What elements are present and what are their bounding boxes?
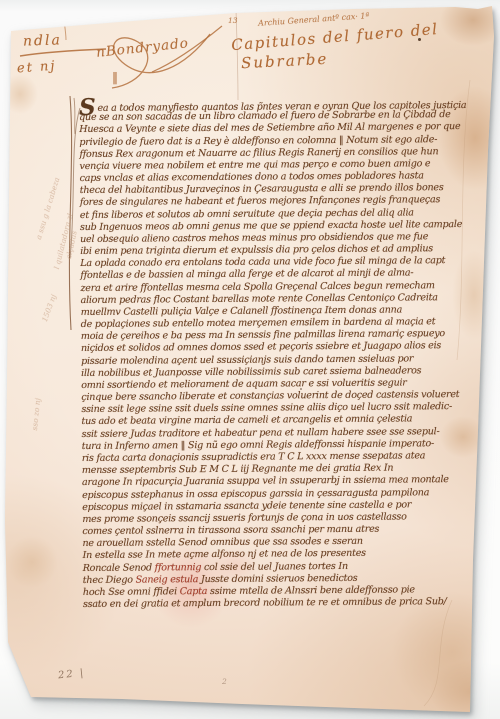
corner-note-ndla: ndla (23, 32, 62, 49)
title-line-2: Subrarbe (241, 50, 329, 73)
underline-stroke (20, 49, 106, 56)
page-shadow: ndla et nj nBondryado ‖ Archiu General a… (0, 0, 500, 719)
stain-bottom-right-corner (430, 660, 500, 719)
manuscript-text: Sea a todos manyfiesto quantos las p̃nte… (79, 97, 463, 611)
stain-top-right-corner (440, 0, 500, 46)
corner-note-etnj: et nj (17, 59, 57, 77)
short-descender-stroke (74, 98, 75, 134)
manuscript-line: ssato en dei gratia et amplum brecord no… (83, 596, 463, 611)
manuscript-paper: ndla et nj nBondryado ‖ Archiu General a… (0, 0, 500, 719)
stain-left-bottom (6, 536, 58, 588)
crack-line-bottom (424, 600, 452, 706)
archive-note: Archiu General antº cax· 1ª (258, 11, 370, 28)
margin-note: a ssu g la cabeza (34, 176, 61, 240)
stain-bottom-right (392, 592, 500, 712)
margin-note: sso zo nj (30, 398, 42, 431)
folio-mark: 13 (228, 16, 238, 25)
corner-stroke (63, 12, 66, 40)
margin-note: 1503 nj (40, 293, 58, 323)
paragraph-mark: ‖ (112, 70, 118, 84)
ownership-scribble: nBondryado (95, 35, 189, 61)
stain-left-top (2, 74, 38, 114)
footer-numbering-mark: 22 | (57, 668, 85, 682)
footer-page-mark: 2 (222, 677, 227, 686)
